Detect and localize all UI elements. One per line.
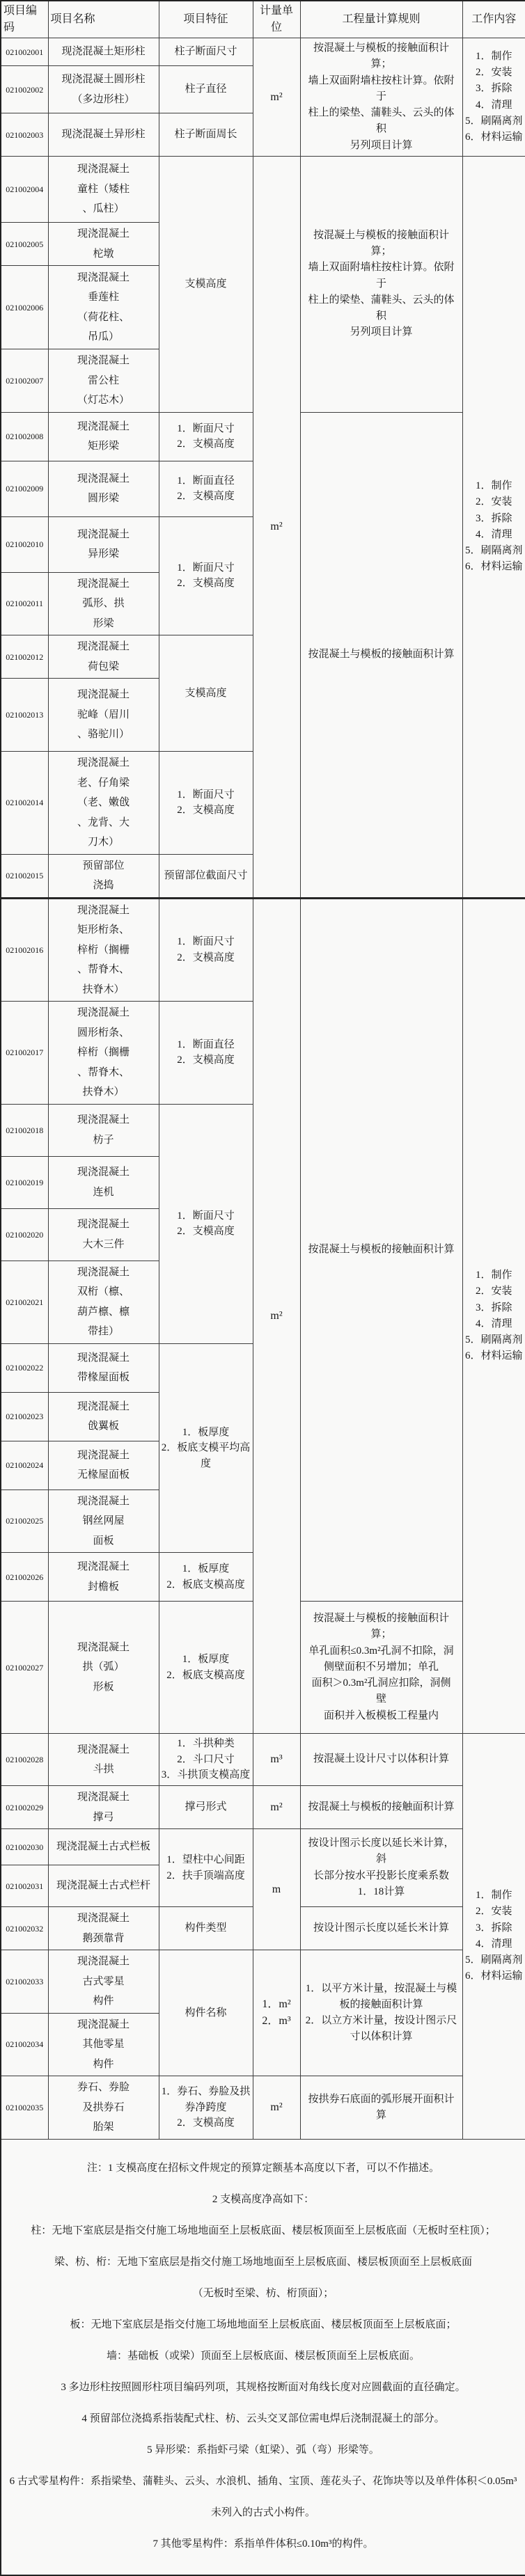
code-cell: 021002008 [1, 412, 48, 461]
unit-cell: m² [253, 898, 300, 1734]
unit-cell: m² [253, 157, 300, 899]
name-cell: 现浇混凝土 鹅颈靠背 [48, 1907, 159, 1950]
table-row: 021002033 现浇混凝土 古式零星 构件 构件名称 1．m² 2．m³ 1… [1, 1950, 525, 2014]
table-row: 021002004 现浇混凝土 童柱（矮柱 、瓜柱） 支模高度 m² 按混凝土与… [1, 157, 525, 223]
name-cell: 现浇混凝土 荷包梁 [48, 635, 159, 679]
note-line: 墙：基础板（或梁）顶面至上层板底面、楼层板顶面至上层板底面。 [3, 2348, 524, 2364]
code-cell: 021002034 [1, 2013, 48, 2076]
unit-cell: m² [253, 2076, 300, 2140]
table-row: 021002030 现浇混凝土古式栏板 1．望柱中心间距 2．扶手顶端高度 m … [1, 1829, 525, 1865]
feature-cell: 构件名称 [159, 1950, 253, 2076]
code-cell: 021002013 [1, 679, 48, 752]
name-cell: 现浇混凝土 圆形桁条、 梓桁（搁栅 、帮脊木、 扶脊木） [48, 1002, 159, 1105]
feature-cell: 柱子直径 [159, 66, 253, 113]
name-cell: 现浇混凝土矩形柱 [48, 38, 159, 66]
note-line: 板：无地下室底层是指交付施工场地地面至上层板底面、楼层板顶面至上层板底面； [3, 2317, 524, 2333]
name-cell: 现浇混凝土 拱（弧） 形板 [48, 1602, 159, 1734]
note-line: 3 多边形柱按照圆形柱项目编码列项，其规格按断面对角线长度对应圆截面的直径确定。 [3, 2380, 524, 2396]
column-header-feature: 项目特征 [159, 1, 253, 38]
name-cell: 现浇混凝土 撑弓 [48, 1786, 159, 1829]
name-cell: 现浇混凝土 矩形桁条、 梓桁（搁栅 、帮脊木、 扶脊木） [48, 898, 159, 1002]
name-cell: 现浇混凝土古式栏杆 [48, 1865, 159, 1907]
rule-cell: 按混凝土与模板的接触面积计算 [300, 1786, 462, 1829]
feature-cell: 1．断面尺寸 2．支模高度 [159, 752, 253, 855]
rule-cell: 按设计图示长度以延长米计算， 斜 长部分按水平投影长度乘系数 1．18计算 [300, 1829, 462, 1907]
feature-cell: 1．断面直径 2．支模高度 [159, 1002, 253, 1105]
code-cell: 021002028 [1, 1734, 48, 1786]
name-cell: 现浇混凝土 矩形梁 [48, 412, 159, 461]
name-cell: 现浇混凝土 异形梁 [48, 516, 159, 572]
unit-cell: m³ [253, 1734, 300, 1786]
name-cell: 现浇混凝土 老、仔角梁 （老、嫩戗 、龙背、大 刀木） [48, 752, 159, 855]
work-cell: 1．制作 2．安装 3．拆除 4．清理 5．刷隔离剂 6．材料运输 [462, 157, 525, 899]
code-cell: 021002025 [1, 1490, 48, 1553]
code-cell: 021002017 [1, 1002, 48, 1105]
feature-cell: 1．板厚度 2．板底支模平均高 度 [159, 1343, 253, 1553]
code-cell: 021002012 [1, 635, 48, 679]
code-cell: 021002033 [1, 1950, 48, 2014]
feature-cell: 1．斗拱种类 2．斗口尺寸 3．斗拱顶支模高度 [159, 1734, 253, 1786]
note-line: 6 古式零星构件：系指梁垫、蒲鞋头、云头、水浪机、插角、宝顶、莲花头子、花饰块等… [3, 2474, 524, 2490]
feature-cell: 1．望柱中心间距 2．扶手顶端高度 [159, 1829, 253, 1907]
spec-table: 项目编码 项目名称 项目特征 计量单位 工程量计算规则 工作内容 0210020… [0, 0, 525, 2576]
code-cell: 021002031 [1, 1865, 48, 1907]
code-cell: 021002023 [1, 1392, 48, 1441]
note-line: 梁、枋、桁：无地下室底层是指交付施工场地地面至上层板底面、楼层板顶面至上层板底面 [3, 2254, 524, 2270]
table-row: 021002028 现浇混凝土 斗拱 1．斗拱种类 2．斗口尺寸 3．斗拱顶支模… [1, 1734, 525, 1786]
unit-cell: m² [253, 38, 300, 157]
feature-cell: 支模高度 [159, 157, 253, 413]
code-cell: 021002029 [1, 1786, 48, 1829]
code-cell: 021002014 [1, 752, 48, 855]
code-cell: 021002015 [1, 854, 48, 898]
code-cell: 021002011 [1, 572, 48, 635]
column-header-code: 项目编码 [1, 1, 48, 38]
rule-cell: 1．以平方米计量，按混凝土与模 板的接触面积计算 2．以立方米计量，按设计图示尺… [300, 1950, 462, 2076]
table-row: 021002029 现浇混凝土 撑弓 撑弓形式 m² 按混凝土与模板的接触面积计… [1, 1786, 525, 1829]
rule-cell: 按设计图示长度以延长米计算 [300, 1907, 462, 1950]
name-cell: 现浇混凝土 枋子 [48, 1104, 159, 1156]
feature-cell: 1．板厚度 2．板底支模高度 [159, 1553, 253, 1602]
unit-cell: m² [253, 1786, 300, 1829]
code-cell: 021002027 [1, 1602, 48, 1734]
code-cell: 021002019 [1, 1156, 48, 1208]
rule-cell: 按混凝土设计尺寸以体积计算 [300, 1734, 462, 1786]
name-cell: 现浇混凝土 无椽屋面板 [48, 1441, 159, 1490]
notes-row: 注：1 支模高度在招标文件规定的预算定额基本高度以下者，可以不作描述。 2 支模… [1, 2139, 525, 2575]
name-cell: 现浇混凝土 带椽屋面板 [48, 1343, 159, 1392]
feature-cell: 1．断面尺寸 2．支模高度 [159, 898, 253, 1002]
code-cell: 021002035 [1, 2076, 48, 2140]
rule-cell: 按拱券石底面的弧形展开面积计 算 [300, 2076, 462, 2140]
note-line: 4 预留部位浇捣系指装配式柱、枋、云头交叉部位需电焊后浇制混凝土的部分。 [3, 2411, 524, 2427]
name-cell: 现浇混凝土 雷公柱 （灯芯木） [48, 349, 159, 413]
code-cell: 021002016 [1, 898, 48, 1002]
name-cell: 现浇混凝土异形柱 [48, 113, 159, 157]
name-cell: 现浇混凝土 连机 [48, 1156, 159, 1208]
name-cell: 现浇混凝土 斗拱 [48, 1734, 159, 1786]
name-cell: 券石、券脸 及拱券石 胎架 [48, 2076, 159, 2140]
feature-cell: 1．断面直径 2．支模高度 [159, 461, 253, 516]
feature-cell: 柱子断面周长 [159, 113, 253, 157]
feature-cell: 1．断面尺寸 2．支模高度 [159, 516, 253, 635]
code-cell: 021002030 [1, 1829, 48, 1865]
code-cell: 021002010 [1, 516, 48, 572]
name-cell: 现浇混凝土 其他零星 构件 [48, 2013, 159, 2076]
header-row: 项目编码 项目名称 项目特征 计量单位 工程量计算规则 工作内容 [1, 1, 525, 38]
rule-cell: 按混凝土与模板的接触面积计 算； 单孔面积≤0.3m²孔洞不扣除，洞 侧壁面积不… [300, 1602, 462, 1734]
work-cell: 1．制作 2．安装 3．拆除 4．清理 5．刷隔离剂 6．材料运输 [462, 1734, 525, 2140]
code-cell: 021002003 [1, 113, 48, 157]
feature-cell: 构件类型 [159, 1907, 253, 1950]
code-cell: 021002006 [1, 266, 48, 349]
name-cell: 现浇混凝土 封檐板 [48, 1553, 159, 1602]
feature-cell: 1．板厚度 2．板底支模高度 [159, 1602, 253, 1734]
feature-cell: 1．断面尺寸 2．支模高度 [159, 1104, 253, 1343]
feature-cell: 柱子断面尺寸 [159, 38, 253, 66]
name-cell: 现浇混凝土 柁墩 [48, 223, 159, 266]
code-cell: 021002024 [1, 1441, 48, 1490]
note-line: 柱：无地下室底层是指交付施工场地地面至上层板底面、楼层板顶面至上层板底面（无板时… [3, 2223, 524, 2239]
note-line: 2 支模高度净高如下： [3, 2192, 524, 2208]
rule-cell: 按混凝土与模板的接触面积计 算； 墙上双面附墙柱按柱计算。依附 于 柱上的梁垫、… [300, 157, 462, 413]
code-cell: 021002026 [1, 1553, 48, 1602]
name-cell: 预留部位 浇捣 [48, 854, 159, 898]
code-cell: 021002007 [1, 349, 48, 413]
code-cell: 021002002 [1, 66, 48, 113]
table-row: 021002001 现浇混凝土矩形柱 柱子断面尺寸 m² 按混凝土与模板的接触面… [1, 38, 525, 66]
code-cell: 021002009 [1, 461, 48, 516]
name-cell: 现浇混凝土圆形柱 （多边形柱） [48, 66, 159, 113]
spec-page: 项目编码 项目名称 项目特征 计量单位 工程量计算规则 工作内容 0210020… [0, 0, 525, 2576]
column-header-unit: 计量单位 [253, 1, 300, 38]
name-cell: 现浇混凝土 圆形梁 [48, 461, 159, 516]
unit-cell: m [253, 1829, 300, 1950]
name-cell: 现浇混凝土古式栏板 [48, 1829, 159, 1865]
code-cell: 021002032 [1, 1907, 48, 1950]
name-cell: 现浇混凝土 大木三件 [48, 1208, 159, 1261]
name-cell: 现浇混凝土 双桁（檩、 葫芦檩、檩 带挂） [48, 1261, 159, 1343]
column-header-rule: 工程量计算规则 [300, 1, 462, 38]
feature-cell: 撑弓形式 [159, 1786, 253, 1829]
unit-cell: 1．m² 2．m³ [253, 1950, 300, 2076]
note-line: 5 异形梁：系指虾弓梁（虹梁）、弧（弯）形梁等。 [3, 2442, 524, 2458]
code-cell: 021002020 [1, 1208, 48, 1261]
note-line: 未列入的古式小构件。 [3, 2505, 524, 2521]
code-cell: 021002004 [1, 157, 48, 223]
work-cell: 1．制作 2．安装 3．拆除 4．清理 5．刷隔离剂 6．材料运输 [462, 38, 525, 157]
note-line: 注：1 支模高度在招标文件规定的预算定额基本高度以下者，可以不作描述。 [3, 2160, 524, 2176]
note-line: （无板时至梁、枋、桁顶面）； [3, 2286, 524, 2302]
table-row: 021002035 券石、券脸 及拱券石 胎架 1．券石、券脸及拱 券净跨度 2… [1, 2076, 525, 2140]
name-cell: 现浇混凝土 驼峰（眉川 、骆驼川） [48, 679, 159, 752]
rule-cell: 按混凝土与模板的接触面积计算 [300, 412, 462, 898]
code-cell: 021002005 [1, 223, 48, 266]
name-cell: 现浇混凝土 童柱（矮柱 、瓜柱） [48, 157, 159, 223]
name-cell: 现浇混凝土 戗翼板 [48, 1392, 159, 1441]
code-cell: 021002001 [1, 38, 48, 66]
code-cell: 021002018 [1, 1104, 48, 1156]
code-cell: 021002022 [1, 1343, 48, 1392]
name-cell: 现浇混凝土 钢丝网屋 面板 [48, 1490, 159, 1553]
code-cell: 021002021 [1, 1261, 48, 1343]
feature-cell: 预留部位截面尺寸 [159, 854, 253, 898]
rule-cell: 按混凝土与模板的接触面积计算 [300, 898, 462, 1602]
name-cell: 现浇混凝土 古式零星 构件 [48, 1950, 159, 2014]
feature-cell: 1．断面尺寸 2．支模高度 [159, 412, 253, 461]
rule-cell: 按混凝土与模板的接触面积计 算； 墙上双面附墙柱按柱计算。依附 于 柱上的梁垫、… [300, 38, 462, 157]
table-row: 021002016 现浇混凝土 矩形桁条、 梓桁（搁栅 、帮脊木、 扶脊木） 1… [1, 898, 525, 1002]
work-cell: 1．制作 2．安装 3．拆除 4．清理 5．刷隔离剂 6．材料运输 [462, 898, 525, 1734]
note-line: 7 其他零星构件：系指单件体积≤0.10m³的构件。 [3, 2536, 524, 2552]
feature-cell: 支模高度 [159, 635, 253, 752]
name-cell: 现浇混凝土 弧形、拱 形梁 [48, 572, 159, 635]
column-header-work: 工作内容 [462, 1, 525, 38]
column-header-name: 项目名称 [48, 1, 159, 38]
feature-cell: 1．券石、券脸及拱 券净跨度 2．支模高度 [159, 2076, 253, 2140]
name-cell: 现浇混凝土 垂莲柱 （荷花柱、 吊瓜） [48, 266, 159, 349]
notes-block: 注：1 支模高度在招标文件规定的预算定额基本高度以下者，可以不作描述。 2 支模… [1, 2139, 525, 2575]
